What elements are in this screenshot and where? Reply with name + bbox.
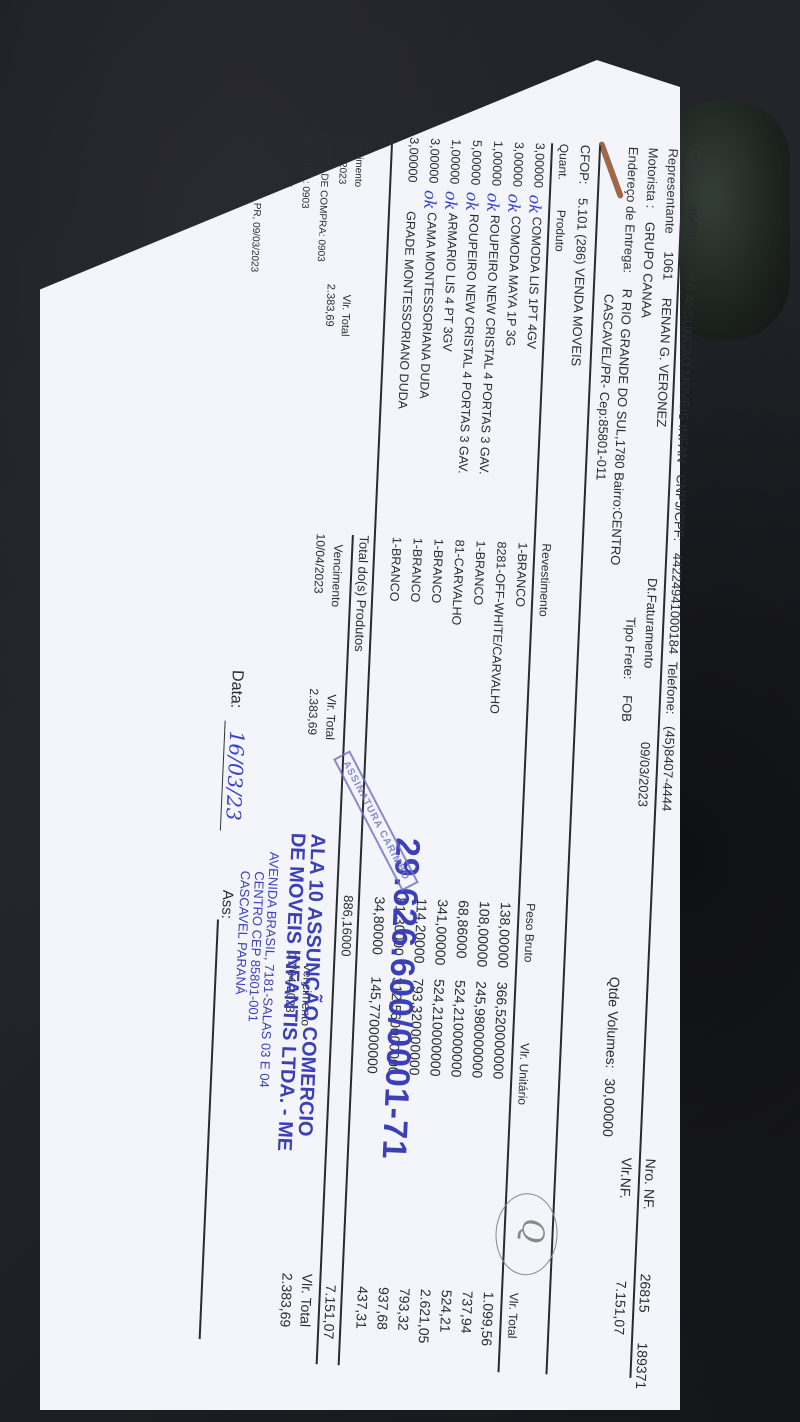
- data-handwritten: 16/03/23: [220, 720, 250, 831]
- ass-label: Ass:: [218, 890, 236, 920]
- vlr-label-3: Vlr. Total: [297, 1273, 315, 1327]
- endereco-label: Endereço de Entrega:: [621, 147, 642, 274]
- row-quant: 3,00000: [405, 137, 421, 183]
- row-produto: COMODA MAYA 1P 3G: [503, 216, 523, 347]
- cfop-label: CFOP:: [576, 144, 593, 184]
- col-quant: Quant.: [556, 144, 572, 181]
- invoice-document: Cliente: 45689 EM10 ASSUNCAO MOVEIS INFA…: [0, 119, 705, 1378]
- row-produto: GRADE MONTESSORIANO DUDA: [395, 211, 418, 409]
- circled-mark-text: Q: [514, 1218, 550, 1244]
- row-revestimento: 1-BRANCO: [513, 542, 530, 607]
- cnpj-label: CNPJ/CPF:: [671, 474, 689, 542]
- motorista-row: Motorista : GRUPO CANAA: [639, 147, 661, 318]
- total-peso: 886,16000: [338, 895, 356, 957]
- row-unitario: 524,210000000: [448, 980, 468, 1078]
- vencimento-1: 03/04/2023: [336, 134, 349, 184]
- dt-faturamento-value: 09/03/2023: [635, 742, 653, 808]
- row-check-mark: ok: [420, 190, 440, 210]
- vlr-nf-row: Vlr.NF. 7.151,07: [611, 1157, 635, 1335]
- place-date: ARAPONGAS - PR, 09/03/2023: [248, 130, 265, 272]
- row-quant: 5,00000: [468, 140, 484, 186]
- row-total: 2.621,05: [416, 1289, 434, 1344]
- nro-nf-label: Nro. NF.: [641, 1158, 659, 1210]
- row-produto: ARMARIO LIS 4 PT 3GV: [440, 213, 460, 352]
- data-label: Data:: [227, 670, 246, 709]
- row-unitario: 366,520000000: [490, 982, 510, 1080]
- m3: M3: 1,71005: [282, 132, 295, 188]
- cliente-label: Cliente:: [686, 149, 703, 194]
- row-produto: COMODA LIS 1PT 4GV: [524, 216, 544, 349]
- row-peso: 341,00000: [432, 899, 451, 966]
- vencimento-label-1: Vencimento: [352, 135, 365, 188]
- row-peso: 108,00000: [474, 901, 493, 968]
- row-revestimento: 1-BRANCO: [387, 537, 404, 602]
- vlr-2: 2.383,69: [305, 688, 321, 735]
- row-total: 737,94: [458, 1290, 476, 1333]
- vlr-nf-value: 7.151,07: [611, 1280, 629, 1335]
- col-vlr-unitario: Vlr. Unitário: [515, 1043, 532, 1106]
- row-produto: CAMA MONTESSORIANA DUDA: [417, 212, 439, 399]
- tipo-frete-row: Tipo Frete: FOB: [619, 617, 639, 722]
- vlr-label-2: Vlr. Total: [323, 694, 339, 740]
- doc-number: 189371: [633, 1342, 651, 1389]
- qtde-volumes-value: 30,00000: [600, 1078, 619, 1137]
- motorista-value: GRUPO CANAA: [639, 222, 658, 319]
- col-revestimento: Revestimento: [536, 543, 553, 617]
- ordem-compra: ORDEM DE COMPRA: 0903: [315, 133, 332, 262]
- vencimento-label-2: Vencimento: [329, 544, 346, 607]
- vlr-label-1: Vlr. Total: [339, 294, 353, 336]
- representante-code: 1061: [660, 251, 676, 281]
- qtde-volumes-label: Qtde Volumes:: [603, 977, 623, 1069]
- tipo-frete-value: FOB: [619, 695, 635, 722]
- row-produto: ROUPEIRO NEW CRISTAL 4 PORTAS 3 GAV.: [477, 215, 502, 475]
- nro-nf-value: 26815: [636, 1273, 654, 1313]
- vlr-nf-label: Vlr.NF.: [617, 1157, 635, 1199]
- total-produtos-label: Total do(s) Produtos: [352, 535, 372, 652]
- row-check-mark: ok: [504, 193, 524, 213]
- telefone-label: Telefone:: [663, 661, 680, 714]
- tipo-frete-label: Tipo Frete:: [621, 617, 639, 680]
- qtde-volumes-row: Qtde Volumes: 30,00000: [600, 977, 623, 1138]
- row-revestimento: 1-BRANCO: [408, 538, 425, 603]
- row-total: 793,32: [395, 1288, 413, 1331]
- col-produto: Produto: [552, 209, 568, 252]
- ped-rep: PED. REP.: 0903: [299, 132, 313, 208]
- row-check-mark: ok: [441, 191, 461, 211]
- representante-label: Representante: [662, 148, 681, 234]
- row-unitario: 245,980000000: [469, 981, 489, 1079]
- row-revestimento: 1-BRANCO: [429, 538, 446, 603]
- col-vlr-total: Vlr. Total: [505, 1292, 521, 1338]
- row-total: 524,21: [437, 1289, 455, 1332]
- cliente-code: 45689: [684, 205, 701, 242]
- total-value: 7.151,07: [321, 1284, 339, 1339]
- row-quant: 3,00000: [510, 142, 526, 188]
- vlr-1: 2.383,69: [323, 284, 337, 327]
- row-unitario: 524,210000000: [427, 979, 447, 1077]
- row-quant: 1,00000: [489, 141, 505, 187]
- row-peso: 138,00000: [495, 902, 514, 969]
- dt-faturamento-label: Dt.Faturamento: [641, 578, 660, 669]
- row-quant: 1,00000: [447, 139, 463, 185]
- row-total: 437,31: [353, 1286, 371, 1329]
- row-total: 937,68: [374, 1287, 392, 1330]
- col-peso-bruto: Peso Bruto: [521, 903, 538, 963]
- row-quant: 3,00000: [531, 142, 547, 188]
- data-row: Data: 16/03/23: [221, 670, 252, 831]
- signature-line: [199, 919, 219, 1339]
- box-stamp: ASSINATURA CARIMBO: [333, 750, 419, 891]
- row-total: 1.099,56: [479, 1291, 497, 1346]
- vencimento-2: 10/04/2023: [311, 533, 328, 594]
- cnpj-value: 44224941000184: [666, 553, 685, 655]
- row-check-mark: ok: [462, 191, 482, 211]
- row-check-mark: ok: [483, 192, 503, 212]
- vlr-3: 2.383,69: [277, 1273, 295, 1328]
- cfop-row: CFOP: 5.101 (286) VENDA MOVEIS: [568, 144, 593, 366]
- row-check-mark: ok: [525, 194, 545, 214]
- row-peso: 68,86000: [454, 900, 473, 959]
- row-quant: 3,00000: [426, 138, 442, 184]
- row-revestimento: 81-CARVALHO: [449, 539, 467, 625]
- row-produto: ROUPEIRO NEW CRISTAL 4 PORTAS 3 GAV.: [456, 214, 481, 474]
- row-revestimento: 8281-OFF-WHITE/CARVALHO: [487, 541, 509, 714]
- telefone-value: (45)8407-4444: [659, 726, 678, 812]
- motorista-label: Motorista :: [643, 147, 661, 208]
- cfop-value: 5.101 (286) VENDA MOVEIS: [568, 198, 590, 367]
- row-revestimento: 1-BRANCO: [471, 540, 488, 605]
